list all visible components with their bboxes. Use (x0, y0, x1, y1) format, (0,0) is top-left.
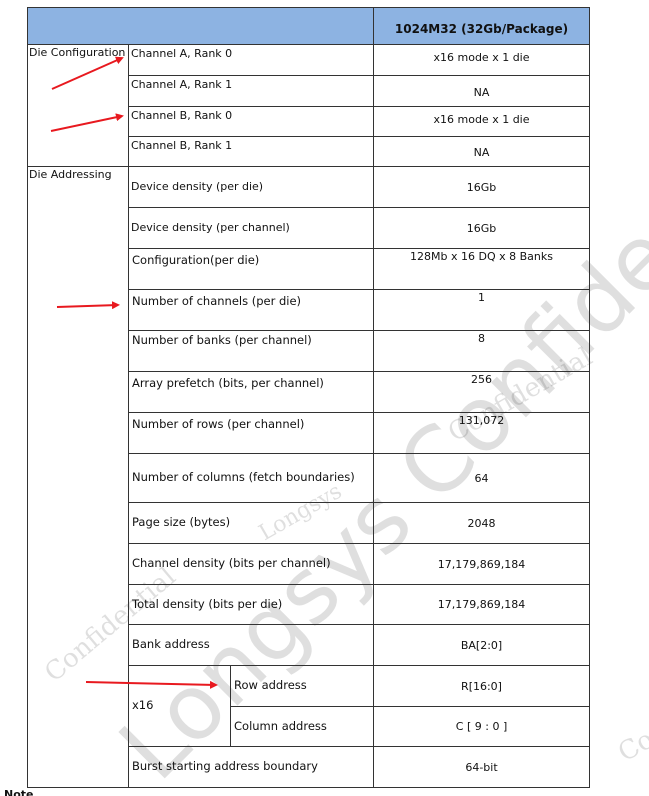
row-label: Channel B, Rank 0 (129, 107, 374, 137)
row-label: Bank address (129, 625, 374, 666)
row-value: NA (374, 137, 590, 167)
row-label: Number of rows (per channel) (129, 413, 374, 454)
group-die-configuration: Die Configuration (28, 45, 129, 167)
row-label: Number of channels (per die) (129, 290, 374, 331)
row-value: 16Gb (374, 208, 590, 249)
row-value: 64 (374, 454, 590, 503)
row-value: 2048 (374, 503, 590, 544)
row-label: Channel A, Rank 0 (129, 45, 374, 76)
row-label: Array prefetch (bits, per channel) (129, 372, 374, 413)
row-label: Device density (per die) (129, 167, 374, 208)
row-value: BA[2:0] (374, 625, 590, 666)
row-value: C [ 9 : 0 ] (374, 707, 590, 747)
row-value: 1 (374, 290, 590, 331)
row-label: Burst starting address boundary (129, 747, 374, 788)
row-label: Row address (231, 666, 374, 707)
header-blank (28, 8, 374, 45)
note-heading: Note (4, 788, 33, 796)
watermark-confidential-3: Confidential (613, 662, 649, 768)
row-label: Device density (per channel) (129, 208, 374, 249)
row-value: 17,179,869,184 (374, 544, 590, 585)
table-header: 1024M32 (32Gb/Package) (28, 8, 590, 45)
row-label: Page size (bytes) (129, 503, 374, 544)
header-column: 1024M32 (32Gb/Package) (374, 8, 590, 45)
row-label: Number of banks (per channel) (129, 331, 374, 372)
row-label: Column address (231, 707, 374, 747)
row-value: 256 (374, 372, 590, 413)
spec-table: 1024M32 (32Gb/Package) Die Configuration… (27, 7, 590, 788)
x16-label: x16 (129, 666, 231, 747)
row-value: 131,072 (374, 413, 590, 454)
row-value: 128Mb x 16 DQ x 8 Banks (374, 249, 590, 290)
row-value: 8 (374, 331, 590, 372)
row-label: Channel density (bits per channel) (129, 544, 374, 585)
row-label: Configuration(per die) (129, 249, 374, 290)
row-value: R[16:0] (374, 666, 590, 707)
row-value: 16Gb (374, 167, 590, 208)
table-row: Die Configuration Channel A, Rank 0 x16 … (28, 45, 590, 76)
row-value: 64-bit (374, 747, 590, 788)
row-value: 17,179,869,184 (374, 585, 590, 625)
row-value: NA (374, 76, 590, 107)
group-die-addressing: Die Addressing (28, 167, 129, 788)
row-label: Channel B, Rank 1 (129, 137, 374, 167)
row-value: x16 mode x 1 die (374, 107, 590, 137)
row-label: Channel A, Rank 1 (129, 76, 374, 107)
row-label: Total density (bits per die) (129, 585, 374, 625)
row-label: Number of columns (fetch boundaries) (129, 454, 374, 503)
table-row: Die Addressing Device density (per die) … (28, 167, 590, 208)
row-value: x16 mode x 1 die (374, 45, 590, 76)
